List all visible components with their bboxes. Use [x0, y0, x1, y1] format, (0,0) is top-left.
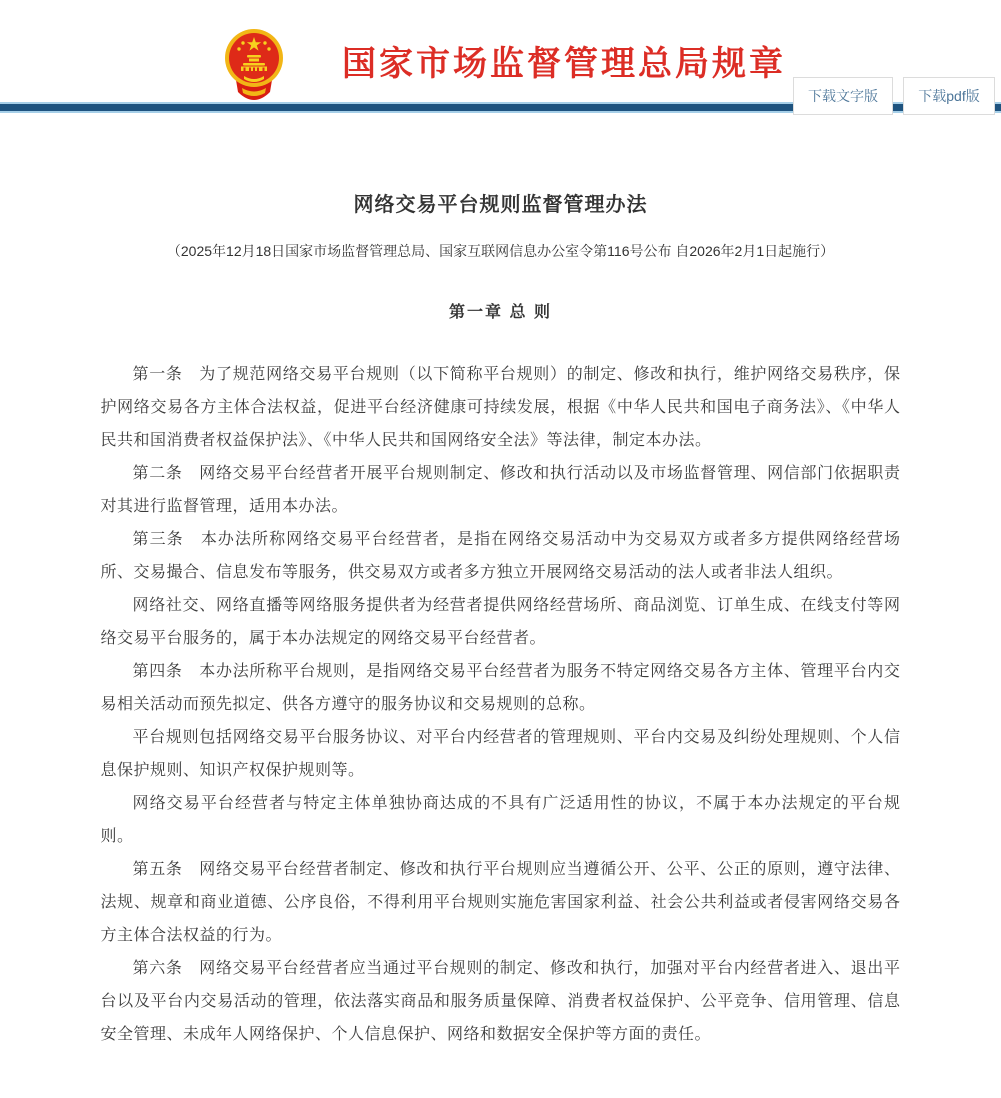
- article-paragraph: 第三条 本办法所称网络交易平台经营者，是指在网络交易活动中为交易双方或者多方提供…: [101, 523, 901, 589]
- article-paragraph: 网络社交、网络直播等网络服务提供者为经营者提供网络经营场所、商品浏览、订单生成、…: [101, 589, 901, 655]
- article-paragraphs: 第一条 为了规范网络交易平台规则（以下简称平台规则）的制定、修改和执行，维护网络…: [101, 358, 901, 1051]
- national-emblem-icon: [222, 28, 286, 102]
- document-title: 网络交易平台规则监督管理办法: [101, 188, 901, 217]
- site-title: 国家市场监督管理总局规章: [342, 46, 786, 83]
- article-paragraph: 网络交易平台经营者与特定主体单独协商达成的不具有广泛适用性的协议，不属于本办法规…: [101, 787, 901, 853]
- article-paragraph: 第六条 网络交易平台经营者应当通过平台规则的制定、修改和执行，加强对平台内经营者…: [101, 952, 901, 1051]
- article-paragraph: 第五条 网络交易平台经营者制定、修改和执行平台规则应当遵循公开、公平、公正的原则…: [101, 853, 901, 952]
- article-paragraph: 第二条 网络交易平台经营者开展平台规则制定、修改和执行活动以及市场监督管理、网信…: [101, 457, 901, 523]
- download-buttons: 下载文字版 下载pdf版: [793, 77, 995, 115]
- article-paragraph: 第一条 为了规范网络交易平台规则（以下简称平台规则）的制定、修改和执行，维护网络…: [101, 358, 901, 457]
- article-paragraph: 平台规则包括网络交易平台服务协议、对平台内经营者的管理规则、平台内交易及纠纷处理…: [101, 721, 901, 787]
- chapter-heading: 第一章 总 则: [101, 299, 901, 322]
- download-text-button[interactable]: 下载文字版: [793, 77, 893, 115]
- publication-info: （2025年12月18日国家市场监督管理总局、国家互联网信息办公室令第116号公…: [101, 241, 901, 261]
- document-body: 网络交易平台规则监督管理办法 （2025年12月18日国家市场监督管理总局、国家…: [101, 188, 901, 1081]
- article-paragraph: 第四条 本办法所称平台规则，是指网络交易平台经营者为服务不特定网络交易各方主体、…: [101, 655, 901, 721]
- download-pdf-button[interactable]: 下载pdf版: [903, 77, 995, 115]
- site-header: 国家市场监督管理总局规章 下载文字版 下载pdf版: [0, 0, 1001, 125]
